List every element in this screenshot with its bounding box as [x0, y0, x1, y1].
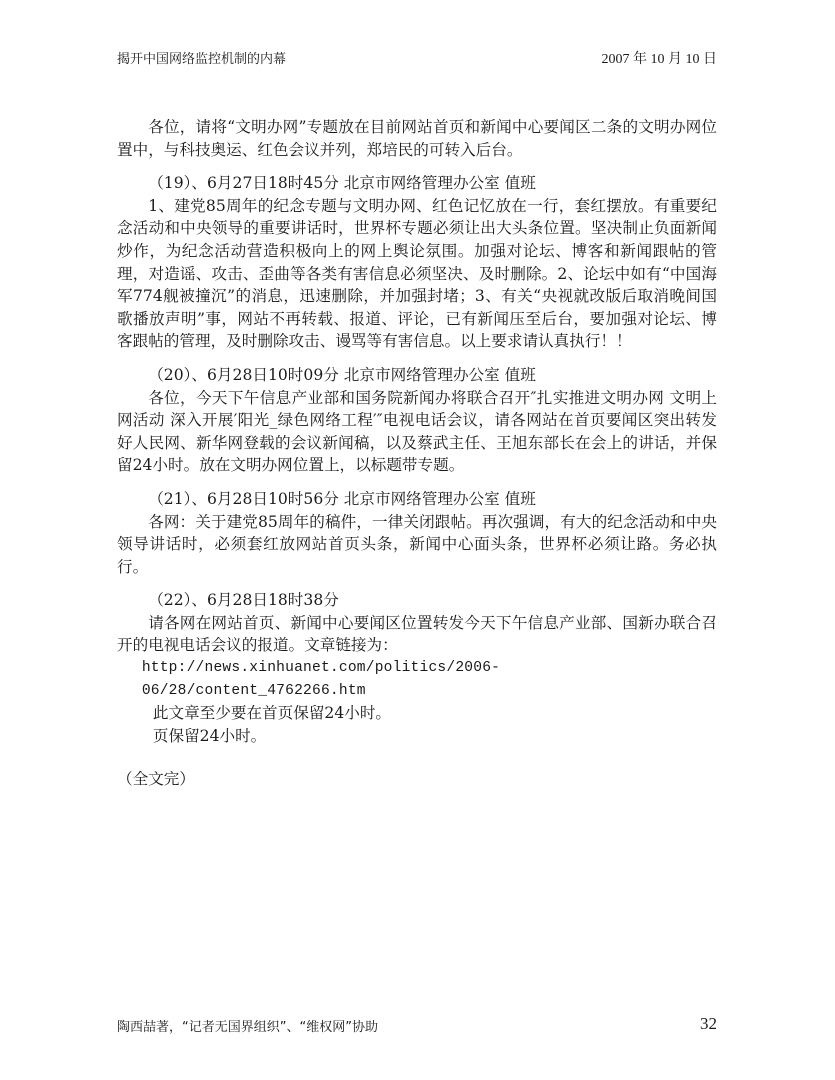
log-entry-19: （19）、6月27日18时45分 北京市网络管理办公室 值班 1、建党85周年的… — [117, 172, 717, 353]
spacer — [117, 477, 717, 488]
page-header: 揭开中国网络监控机制的内幕 2007 年 10 月 10 日 — [117, 48, 717, 68]
entry-heading: （21）、6月28日10时56分 北京市网络管理办公室 值班 — [117, 488, 717, 511]
article-url: http://news.xinhuanet.com/politics/2006-… — [117, 657, 717, 702]
document-title: 揭开中国网络监控机制的内幕 — [117, 48, 286, 67]
entry-paragraph: 各位，今天下午信息产业部和国务院新闻办将联合召开″扎实推进文明办网 文明上网活动… — [117, 387, 717, 477]
entry-heading: （20）、6月28日10时09分 北京市网络管理办公室 值班 — [117, 364, 717, 387]
intro-paragraph: 各位，请将“文明办网”专题放在目前网站首页和新闻中心要闻区二条的文明办网位置中，… — [117, 116, 717, 161]
page-number: 32 — [700, 1014, 717, 1034]
spacer — [117, 353, 717, 364]
entry-note: 此文章至少要在首页保留24小时。 — [117, 702, 717, 725]
entry-paragraph: 1、建党85周年的纪念专题与文明办网、红色记忆放在一行，套红摆放。有重要纪念活动… — [117, 195, 717, 353]
document-date: 2007 年 10 月 10 日 — [602, 48, 718, 68]
document-body: 各位，请将“文明办网”专题放在目前网站首页和新闻中心要闻区二条的文明办网位置中，… — [117, 116, 717, 791]
entry-note: 页保留24小时。 — [117, 725, 717, 748]
spacer — [117, 161, 717, 172]
log-entry-22: （22）、6月28日18时38分 请各网在网站首页、新闻中心要闻区位置转发今天下… — [117, 589, 717, 747]
spacer — [117, 747, 717, 768]
log-entry-20: （20）、6月28日10时09分 北京市网络管理办公室 值班 各位，今天下午信息… — [117, 364, 717, 477]
entry-heading: （22）、6月28日18时38分 — [117, 589, 717, 612]
end-of-text-mark: （全文完） — [117, 768, 717, 791]
entry-heading: （19）、6月27日18时45分 北京市网络管理办公室 值班 — [117, 172, 717, 195]
log-entry-21: （21）、6月28日10时56分 北京市网络管理办公室 值班 各网：关于建党85… — [117, 488, 717, 578]
entry-paragraph: 各网：关于建党85周年的稿件，一律关闭跟帖。再次强调，有大的纪念活动和中央领导讲… — [117, 511, 717, 579]
page-footer: 陶西喆著，“记者无国界组织”、“维权网”协助 32 — [117, 1014, 717, 1038]
entry-paragraph: 请各网在网站首页、新闻中心要闻区位置转发今天下午信息产业部、国新办联合召开的电视… — [117, 612, 717, 657]
author-credit: 陶西喆著，“记者无国界组织”、“维权网”协助 — [117, 1016, 378, 1035]
spacer — [117, 578, 717, 589]
